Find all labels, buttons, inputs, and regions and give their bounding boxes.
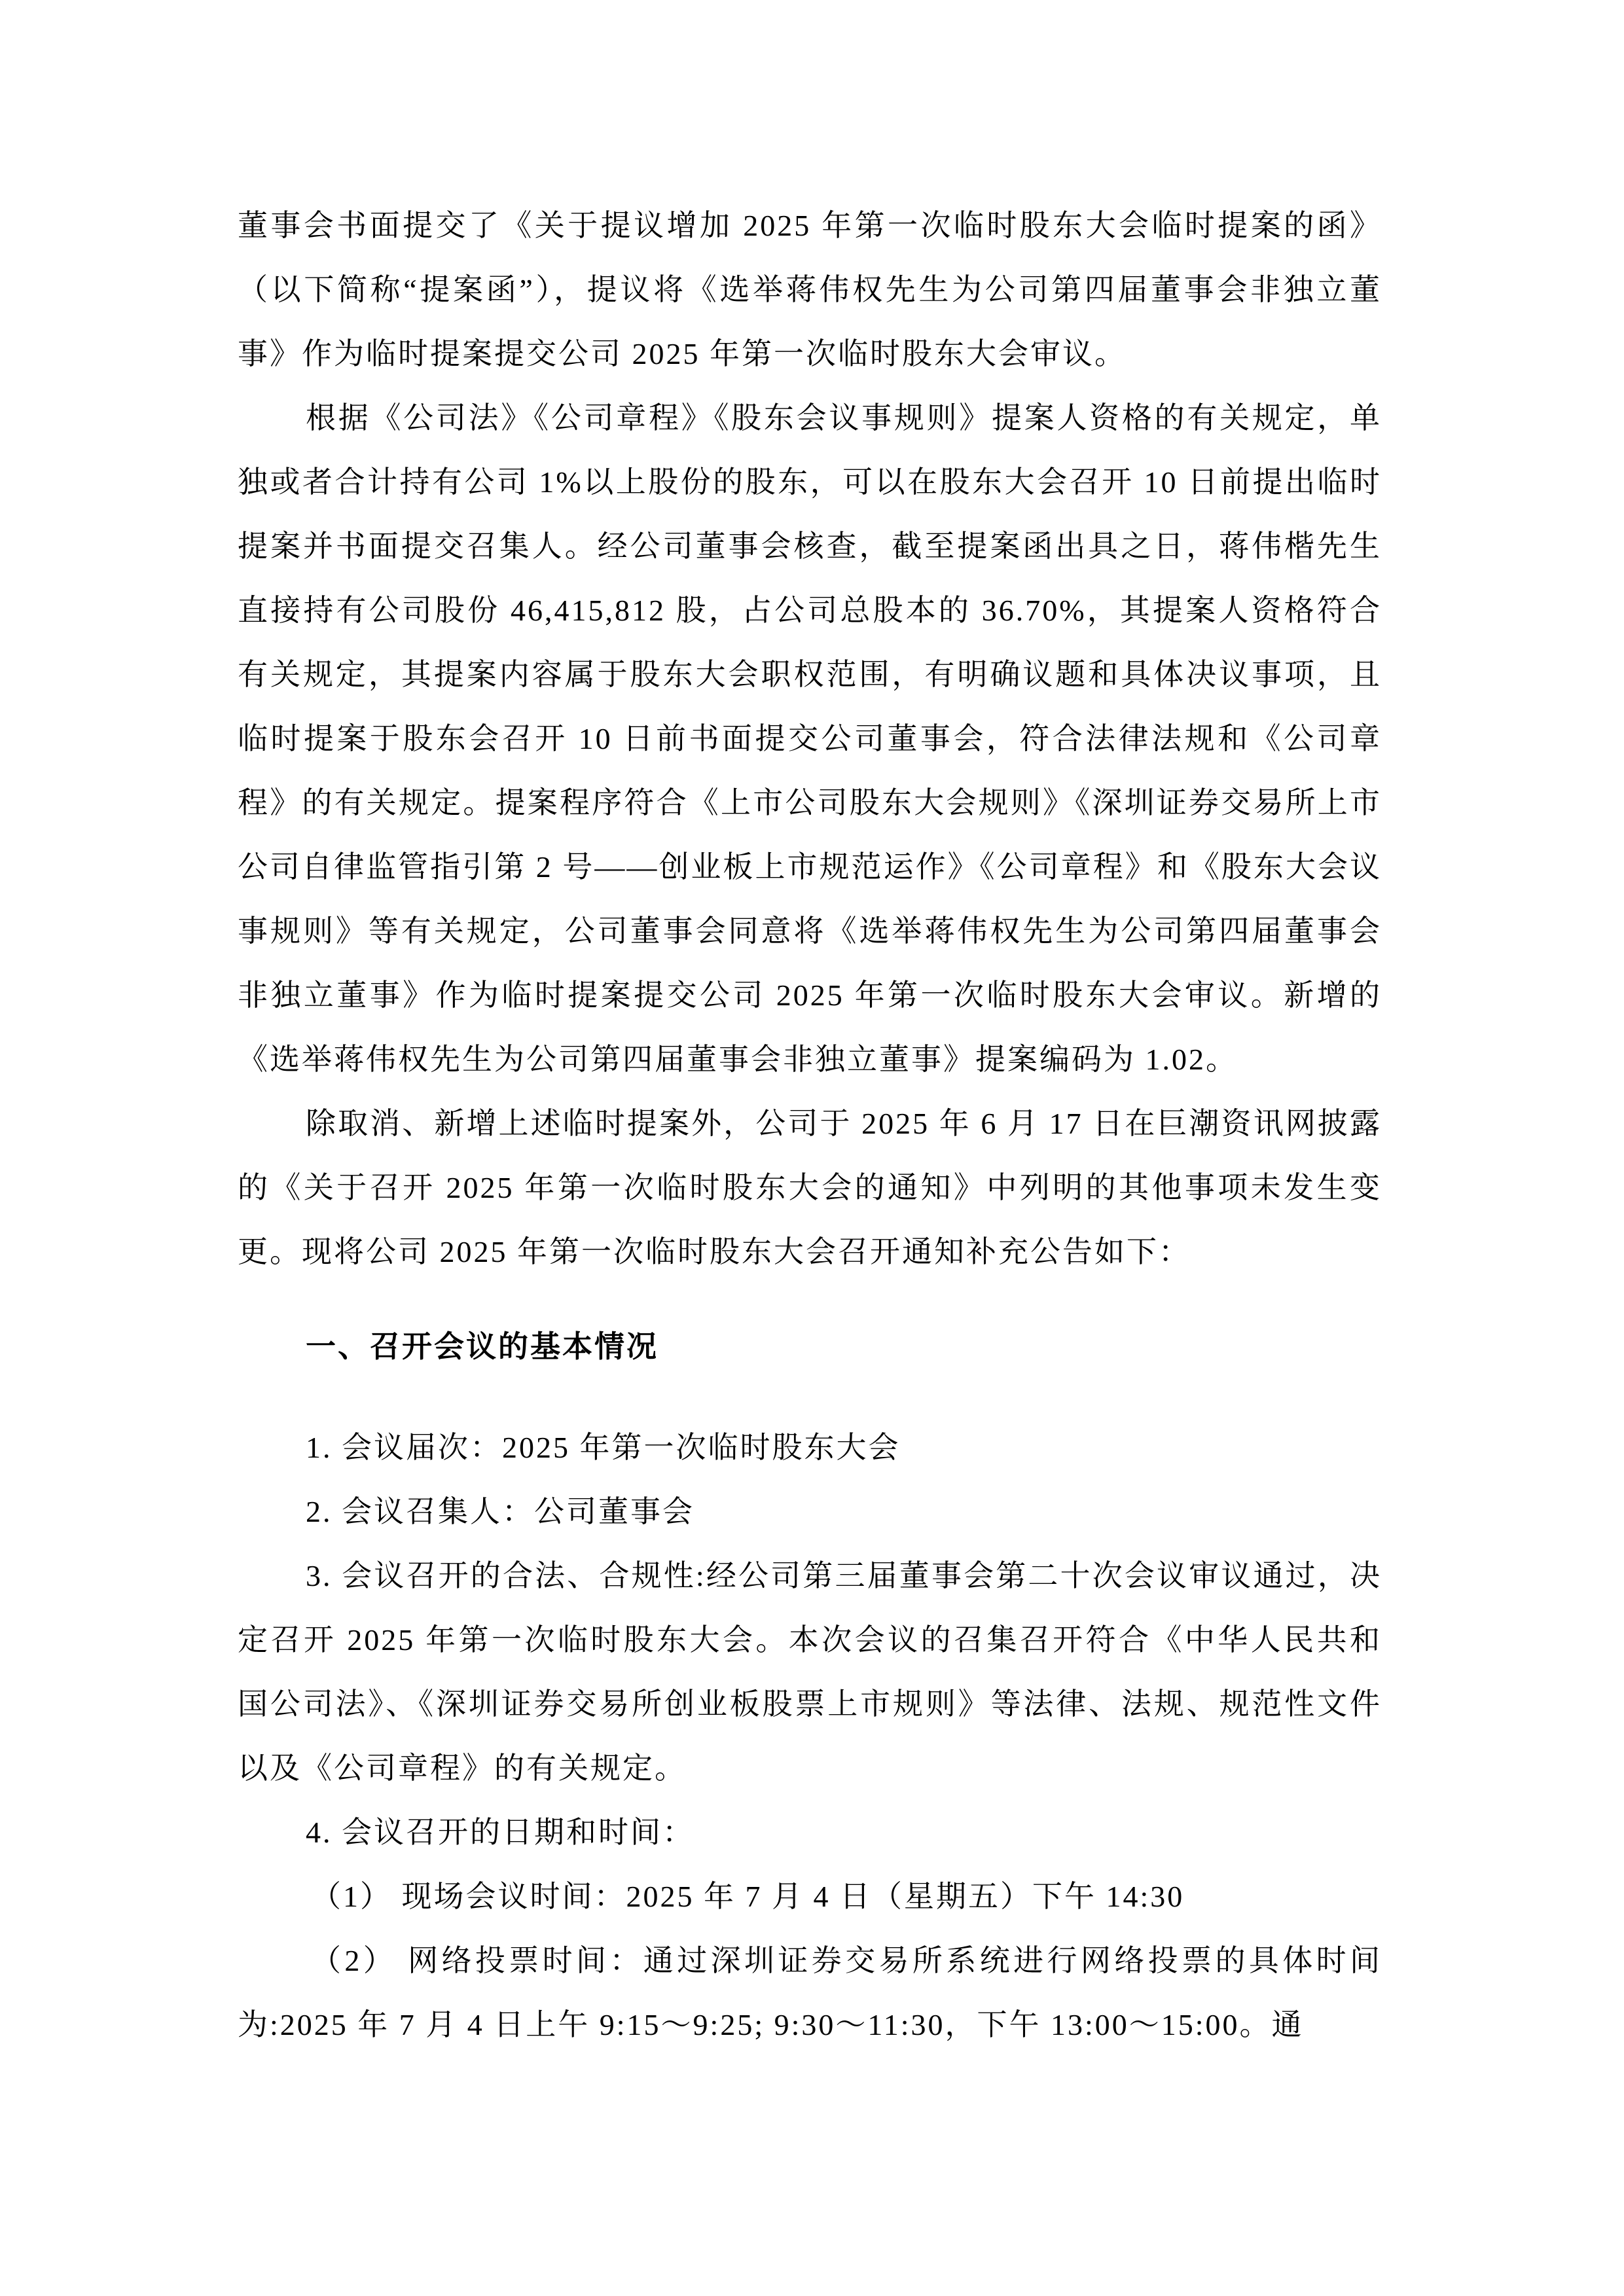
list-item-meeting-convener: 2. 会议召集人：公司董事会: [238, 1480, 1382, 1544]
list-item-meeting-legality: 3. 会议召开的合法、合规性:经公司第三届董事会第二十次会议审议通过，决定召开 …: [238, 1544, 1382, 1801]
sub-item-onsite-meeting-time: （1） 现场会议时间：2025 年 7 月 4 日（星期五）下午 14:30: [238, 1865, 1382, 1929]
paragraph-other-matters-unchanged: 除取消、新增上述临时提案外，公司于 2025 年 6 月 17 日在巨潮资讯网披…: [238, 1092, 1382, 1284]
sub-item-online-voting-time: （2） 网络投票时间：通过深圳证券交易所系统进行网络投票的具体时间为:2025 …: [238, 1929, 1382, 2057]
document-body: 董事会书面提交了《关于提议增加 2025 年第一次临时股东大会临时提案的函》（以…: [238, 194, 1382, 2057]
document-page: 董事会书面提交了《关于提议增加 2025 年第一次临时股东大会临时提案的函》（以…: [0, 0, 1624, 2296]
list-item-meeting-datetime: 4. 会议召开的日期和时间：: [238, 1801, 1382, 1865]
list-item-meeting-session: 1. 会议届次：2025 年第一次临时股东大会: [238, 1416, 1382, 1480]
section-heading-meeting-basic-info: 一、召开会议的基本情况: [238, 1314, 1382, 1378]
paragraph-proposer-qualification: 根据《公司法》《公司章程》《股东会议事规则》提案人资格的有关规定，单独或者合计持…: [238, 386, 1382, 1092]
paragraph-continuation: 董事会书面提交了《关于提议增加 2025 年第一次临时股东大会临时提案的函》（以…: [238, 194, 1382, 386]
